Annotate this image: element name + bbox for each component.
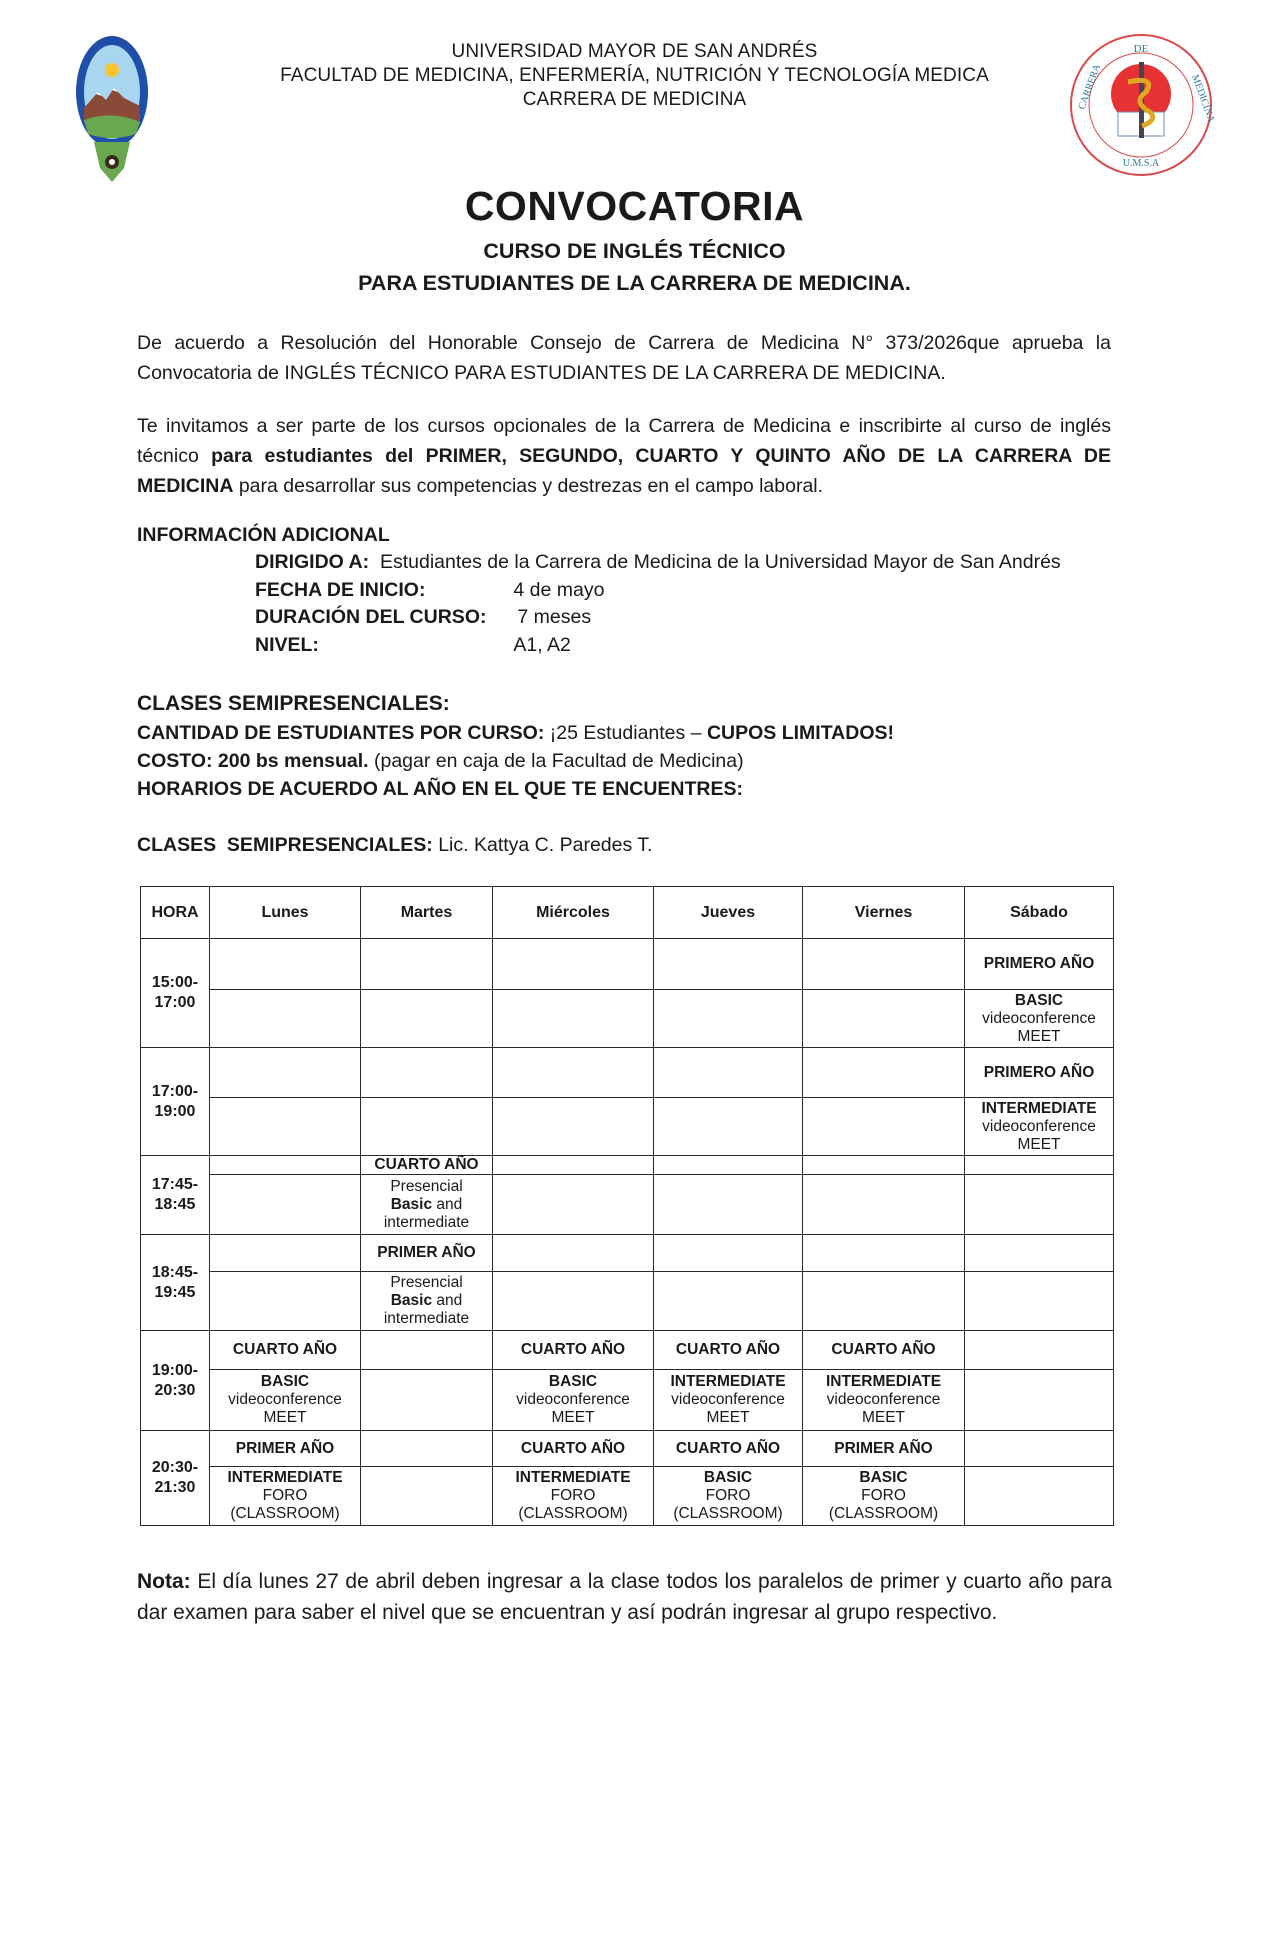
cell-line: INTERMEDIATE — [495, 1469, 651, 1487]
empty-cell — [361, 1048, 493, 1098]
info-label: DIRIGIDO A: — [255, 551, 369, 574]
table-row: 20:30-21:30PRIMER AÑOCUARTO AÑOCUARTO AÑ… — [141, 1431, 1114, 1467]
cell-line: PRIMER AÑO — [363, 1244, 490, 1262]
cell-line: Basic and — [363, 1196, 490, 1214]
class-detail-cell: BASICFORO(CLASSROOM) — [654, 1467, 803, 1526]
empty-cell — [210, 1048, 361, 1098]
cell-line: Presencial — [363, 1274, 490, 1292]
time-slot: 20:30-21:30 — [141, 1431, 210, 1526]
empty-cell — [361, 1431, 493, 1467]
costo-label: COSTO: 200 bs mensual. — [137, 750, 369, 772]
table-row: 15:00-17:00PRIMERO AÑO — [141, 939, 1114, 990]
empty-cell — [210, 1175, 361, 1235]
table-row: 18:45-19:45PRIMER AÑO — [141, 1235, 1114, 1272]
info-label: NIVEL: — [255, 634, 508, 657]
table-row: BASICvideoconferenceMEET — [141, 990, 1114, 1048]
table-row: 17:00-19:00PRIMERO AÑO — [141, 1048, 1114, 1098]
class-detail-cell: INTERMEDIATEvideoconferenceMEET — [803, 1370, 965, 1431]
note-paragraph: Nota: El día lunes 27 de abril deben ing… — [137, 1566, 1112, 1628]
cell-line: PRIMERO AÑO — [967, 1064, 1111, 1082]
docente-line: CLASES SEMIPRESENCIALES: Lic. Kattya C. … — [137, 834, 652, 857]
cell-line: videoconference — [656, 1391, 800, 1409]
empty-cell — [965, 1370, 1114, 1431]
cell-line: (CLASSROOM) — [212, 1505, 358, 1523]
empty-cell — [210, 1235, 361, 1272]
horarios-heading: HORARIOS DE ACUERDO AL AÑO EN EL QUE TE … — [137, 778, 743, 801]
cell-line: intermediate — [363, 1310, 490, 1328]
empty-cell — [493, 1272, 654, 1331]
cell-line: CUARTO AÑO — [212, 1341, 358, 1359]
time-slot: 15:00-17:00 — [141, 939, 210, 1048]
empty-cell — [493, 990, 654, 1048]
cell-line: videoconference — [495, 1391, 651, 1409]
class-detail-cell: BASICFORO(CLASSROOM) — [803, 1467, 965, 1526]
cell-line: CUARTO AÑO — [495, 1440, 651, 1458]
subtitle-course: CURSO DE INGLÉS TÉCNICO — [0, 239, 1269, 264]
table-row: PresencialBasic andintermediate — [141, 1175, 1114, 1235]
cell-line: (CLASSROOM) — [656, 1505, 800, 1523]
time-slot: 18:45-19:45 — [141, 1235, 210, 1331]
empty-cell — [493, 1175, 654, 1235]
schedule-table: HORALunesMartesMiércolesJuevesViernesSáb… — [140, 886, 1114, 1526]
cantidad-line: CANTIDAD DE ESTUDIANTES POR CURSO: ¡25 E… — [137, 722, 894, 745]
cell-line: CUARTO AÑO — [805, 1341, 962, 1359]
resolution-line-1: De acuerdo a Resolución del Honorable Co… — [137, 328, 1111, 358]
cell-line: videoconference — [967, 1118, 1111, 1136]
empty-cell — [654, 939, 803, 990]
costo-line: COSTO: 200 bs mensual. (pagar en caja de… — [137, 750, 744, 773]
class-year-cell: CUARTO AÑO — [493, 1331, 654, 1370]
info-value: A1, A2 — [513, 634, 570, 657]
cell-line: Presencial — [363, 1178, 490, 1196]
table-row: 17:45-18:45CUARTO AÑO — [141, 1156, 1114, 1175]
table-row: INTERMEDIATEFORO(CLASSROOM)INTERMEDIATEF… — [141, 1467, 1114, 1526]
empty-cell — [493, 1156, 654, 1175]
info-value: 7 meses — [517, 606, 591, 629]
class-detail-cell: BASICvideoconferenceMEET — [493, 1370, 654, 1431]
column-header: Miércoles — [493, 887, 654, 939]
column-header: Viernes — [803, 887, 965, 939]
resolution-line-2: Convocatoria de INGLÉS TÉCNICO PARA ESTU… — [137, 358, 1111, 388]
empty-cell — [210, 939, 361, 990]
svg-text:U.M.S.A: U.M.S.A — [1123, 158, 1160, 169]
column-header: Martes — [361, 887, 493, 939]
cell-line: MEET — [212, 1409, 358, 1427]
resolution-paragraph: De acuerdo a Resolución del Honorable Co… — [137, 328, 1111, 388]
empty-cell — [965, 1175, 1114, 1235]
class-year-cell: CUARTO AÑO — [361, 1156, 493, 1175]
cell-line: videoconference — [805, 1391, 962, 1409]
cell-line: INTERMEDIATE — [805, 1373, 962, 1391]
career-name: CARRERA DE MEDICINA — [0, 89, 1269, 111]
subtitle-audience: PARA ESTUDIANTES DE LA CARRERA DE MEDICI… — [0, 271, 1269, 296]
cell-line: PRIMERO AÑO — [967, 955, 1111, 973]
empty-cell — [361, 939, 493, 990]
invitation-paragraph: Te invitamos a ser parte de los cursos o… — [137, 411, 1111, 501]
empty-cell — [654, 1048, 803, 1098]
clases-heading: CLASES SEMIPRESENCIALES: — [137, 692, 450, 716]
cell-line: CUARTO AÑO — [495, 1341, 651, 1359]
costo-value: (pagar en caja de la Facultad de Medicin… — [369, 750, 744, 772]
empty-cell — [493, 1098, 654, 1156]
time-slot: 19:00-20:30 — [141, 1331, 210, 1431]
cell-line: MEET — [967, 1136, 1111, 1154]
class-year-cell: PRIMER AÑO — [210, 1431, 361, 1467]
empty-cell — [654, 1175, 803, 1235]
cell-line: FORO — [656, 1487, 800, 1505]
cell-line: BASIC — [495, 1373, 651, 1391]
empty-cell — [493, 939, 654, 990]
class-year-cell: PRIMER AÑO — [361, 1235, 493, 1272]
cell-line: INTERMEDIATE — [967, 1100, 1111, 1118]
note-text: El día lunes 27 de abril deben ingresar … — [137, 1570, 1112, 1624]
column-header: Lunes — [210, 887, 361, 939]
empty-cell — [210, 1272, 361, 1331]
docente-label: CLASES SEMIPRESENCIALES: — [137, 834, 433, 856]
cell-line: BASIC — [805, 1469, 962, 1487]
cell-line: videoconference — [212, 1391, 358, 1409]
class-detail-cell: INTERMEDIATEFORO(CLASSROOM) — [493, 1467, 654, 1526]
empty-cell — [361, 1370, 493, 1431]
time-slot: 17:45-18:45 — [141, 1156, 210, 1235]
cell-line: CUARTO AÑO — [656, 1440, 800, 1458]
cell-line: BASIC — [967, 992, 1111, 1010]
empty-cell — [361, 1467, 493, 1526]
empty-cell — [965, 1156, 1114, 1175]
empty-cell — [654, 990, 803, 1048]
cupos-limitados: CUPOS LIMITADOS! — [707, 722, 894, 744]
class-detail-cell: PresencialBasic andintermediate — [361, 1272, 493, 1331]
empty-cell — [210, 1098, 361, 1156]
info-row-nivel: NIVEL: A1, A2 — [255, 634, 571, 657]
class-year-cell: CUARTO AÑO — [210, 1331, 361, 1370]
cell-line: MEET — [805, 1409, 962, 1427]
class-year-cell: CUARTO AÑO — [654, 1431, 803, 1467]
class-detail-cell: INTERMEDIATEvideoconferenceMEET — [654, 1370, 803, 1431]
empty-cell — [361, 1331, 493, 1370]
cell-line: PRIMER AÑO — [805, 1440, 962, 1458]
university-name: UNIVERSIDAD MAYOR DE SAN ANDRÉS — [0, 41, 1269, 63]
cell-line: FORO — [805, 1487, 962, 1505]
cell-line: BASIC — [212, 1373, 358, 1391]
table-row: BASICvideoconferenceMEETBASICvideoconfer… — [141, 1370, 1114, 1431]
table-row: INTERMEDIATEvideoconferenceMEET — [141, 1098, 1114, 1156]
class-year-cell: PRIMER AÑO — [803, 1431, 965, 1467]
time-slot: 17:00-19:00 — [141, 1048, 210, 1156]
cell-line: videoconference — [967, 1010, 1111, 1028]
cell-line: intermediate — [363, 1214, 490, 1232]
table-row: PresencialBasic andintermediate — [141, 1272, 1114, 1331]
class-detail-cell: PresencialBasic andintermediate — [361, 1175, 493, 1235]
page-title: CONVOCATORIA — [0, 183, 1269, 230]
table-header-row: HORALunesMartesMiércolesJuevesViernesSáb… — [141, 887, 1114, 939]
cell-line: FORO — [495, 1487, 651, 1505]
info-row-dirigido: DIRIGIDO A: Estudiantes de la Carrera de… — [255, 551, 1061, 574]
cell-line: PRIMER AÑO — [212, 1440, 358, 1458]
info-heading: INFORMACIÓN ADICIONAL — [137, 524, 390, 547]
column-header: HORA — [141, 887, 210, 939]
invitation-text-b: para desarrollar sus competencias y dest… — [233, 475, 823, 497]
empty-cell — [493, 1048, 654, 1098]
info-row-fecha: FECHA DE INICIO: 4 de mayo — [255, 579, 604, 602]
cell-line: FORO — [212, 1487, 358, 1505]
empty-cell — [803, 939, 965, 990]
empty-cell — [654, 1156, 803, 1175]
table-row: 19:00-20:30CUARTO AÑOCUARTO AÑOCUARTO AÑ… — [141, 1331, 1114, 1370]
info-value: Estudiantes de la Carrera de Medicina de… — [380, 551, 1061, 574]
docente-value: Lic. Kattya C. Paredes T. — [433, 834, 653, 856]
cell-line: MEET — [967, 1028, 1111, 1046]
cell-line: BASIC — [656, 1469, 800, 1487]
empty-cell — [654, 1235, 803, 1272]
cell-line: (CLASSROOM) — [805, 1505, 962, 1523]
class-detail-cell: BASICvideoconferenceMEET — [965, 990, 1114, 1048]
column-header: Jueves — [654, 887, 803, 939]
class-detail-cell: INTERMEDIATEvideoconferenceMEET — [965, 1098, 1114, 1156]
class-year-cell: CUARTO AÑO — [493, 1431, 654, 1467]
empty-cell — [803, 1048, 965, 1098]
faculty-name: FACULTAD DE MEDICINA, ENFERMERÍA, NUTRIC… — [0, 65, 1269, 87]
empty-cell — [361, 990, 493, 1048]
empty-cell — [803, 1272, 965, 1331]
empty-cell — [210, 990, 361, 1048]
cell-line: CUARTO AÑO — [656, 1341, 800, 1359]
column-header: Sábado — [965, 887, 1114, 939]
cell-line: Basic and — [363, 1292, 490, 1310]
empty-cell — [803, 1235, 965, 1272]
empty-cell — [803, 1156, 965, 1175]
empty-cell — [965, 1331, 1114, 1370]
class-detail-cell: BASICvideoconferenceMEET — [210, 1370, 361, 1431]
empty-cell — [965, 1235, 1114, 1272]
cell-line: MEET — [495, 1409, 651, 1427]
empty-cell — [210, 1156, 361, 1175]
cell-line: INTERMEDIATE — [212, 1469, 358, 1487]
cell-line: INTERMEDIATE — [656, 1373, 800, 1391]
info-row-duracion: DURACIÓN DEL CURSO: 7 meses — [255, 606, 591, 629]
empty-cell — [803, 1175, 965, 1235]
class-detail-cell: INTERMEDIATEFORO(CLASSROOM) — [210, 1467, 361, 1526]
cell-line: MEET — [656, 1409, 800, 1427]
empty-cell — [965, 1431, 1114, 1467]
info-label: FECHA DE INICIO: — [255, 579, 508, 602]
empty-cell — [654, 1098, 803, 1156]
class-year-cell: CUARTO AÑO — [803, 1331, 965, 1370]
empty-cell — [803, 990, 965, 1048]
info-label: DURACIÓN DEL CURSO: — [255, 606, 512, 629]
empty-cell — [965, 1467, 1114, 1526]
class-year-cell: CUARTO AÑO — [654, 1331, 803, 1370]
empty-cell — [654, 1272, 803, 1331]
empty-cell — [361, 1098, 493, 1156]
cantidad-value: ¡25 Estudiantes – — [544, 722, 707, 744]
empty-cell — [493, 1235, 654, 1272]
empty-cell — [965, 1272, 1114, 1331]
empty-cell — [803, 1098, 965, 1156]
info-value: 4 de mayo — [513, 579, 604, 602]
class-year-cell: PRIMERO AÑO — [965, 939, 1114, 990]
cell-line: CUARTO AÑO — [363, 1156, 490, 1174]
cell-line: (CLASSROOM) — [495, 1505, 651, 1523]
note-label: Nota: — [137, 1570, 191, 1593]
class-year-cell: PRIMERO AÑO — [965, 1048, 1114, 1098]
cantidad-label: CANTIDAD DE ESTUDIANTES POR CURSO: — [137, 722, 544, 744]
